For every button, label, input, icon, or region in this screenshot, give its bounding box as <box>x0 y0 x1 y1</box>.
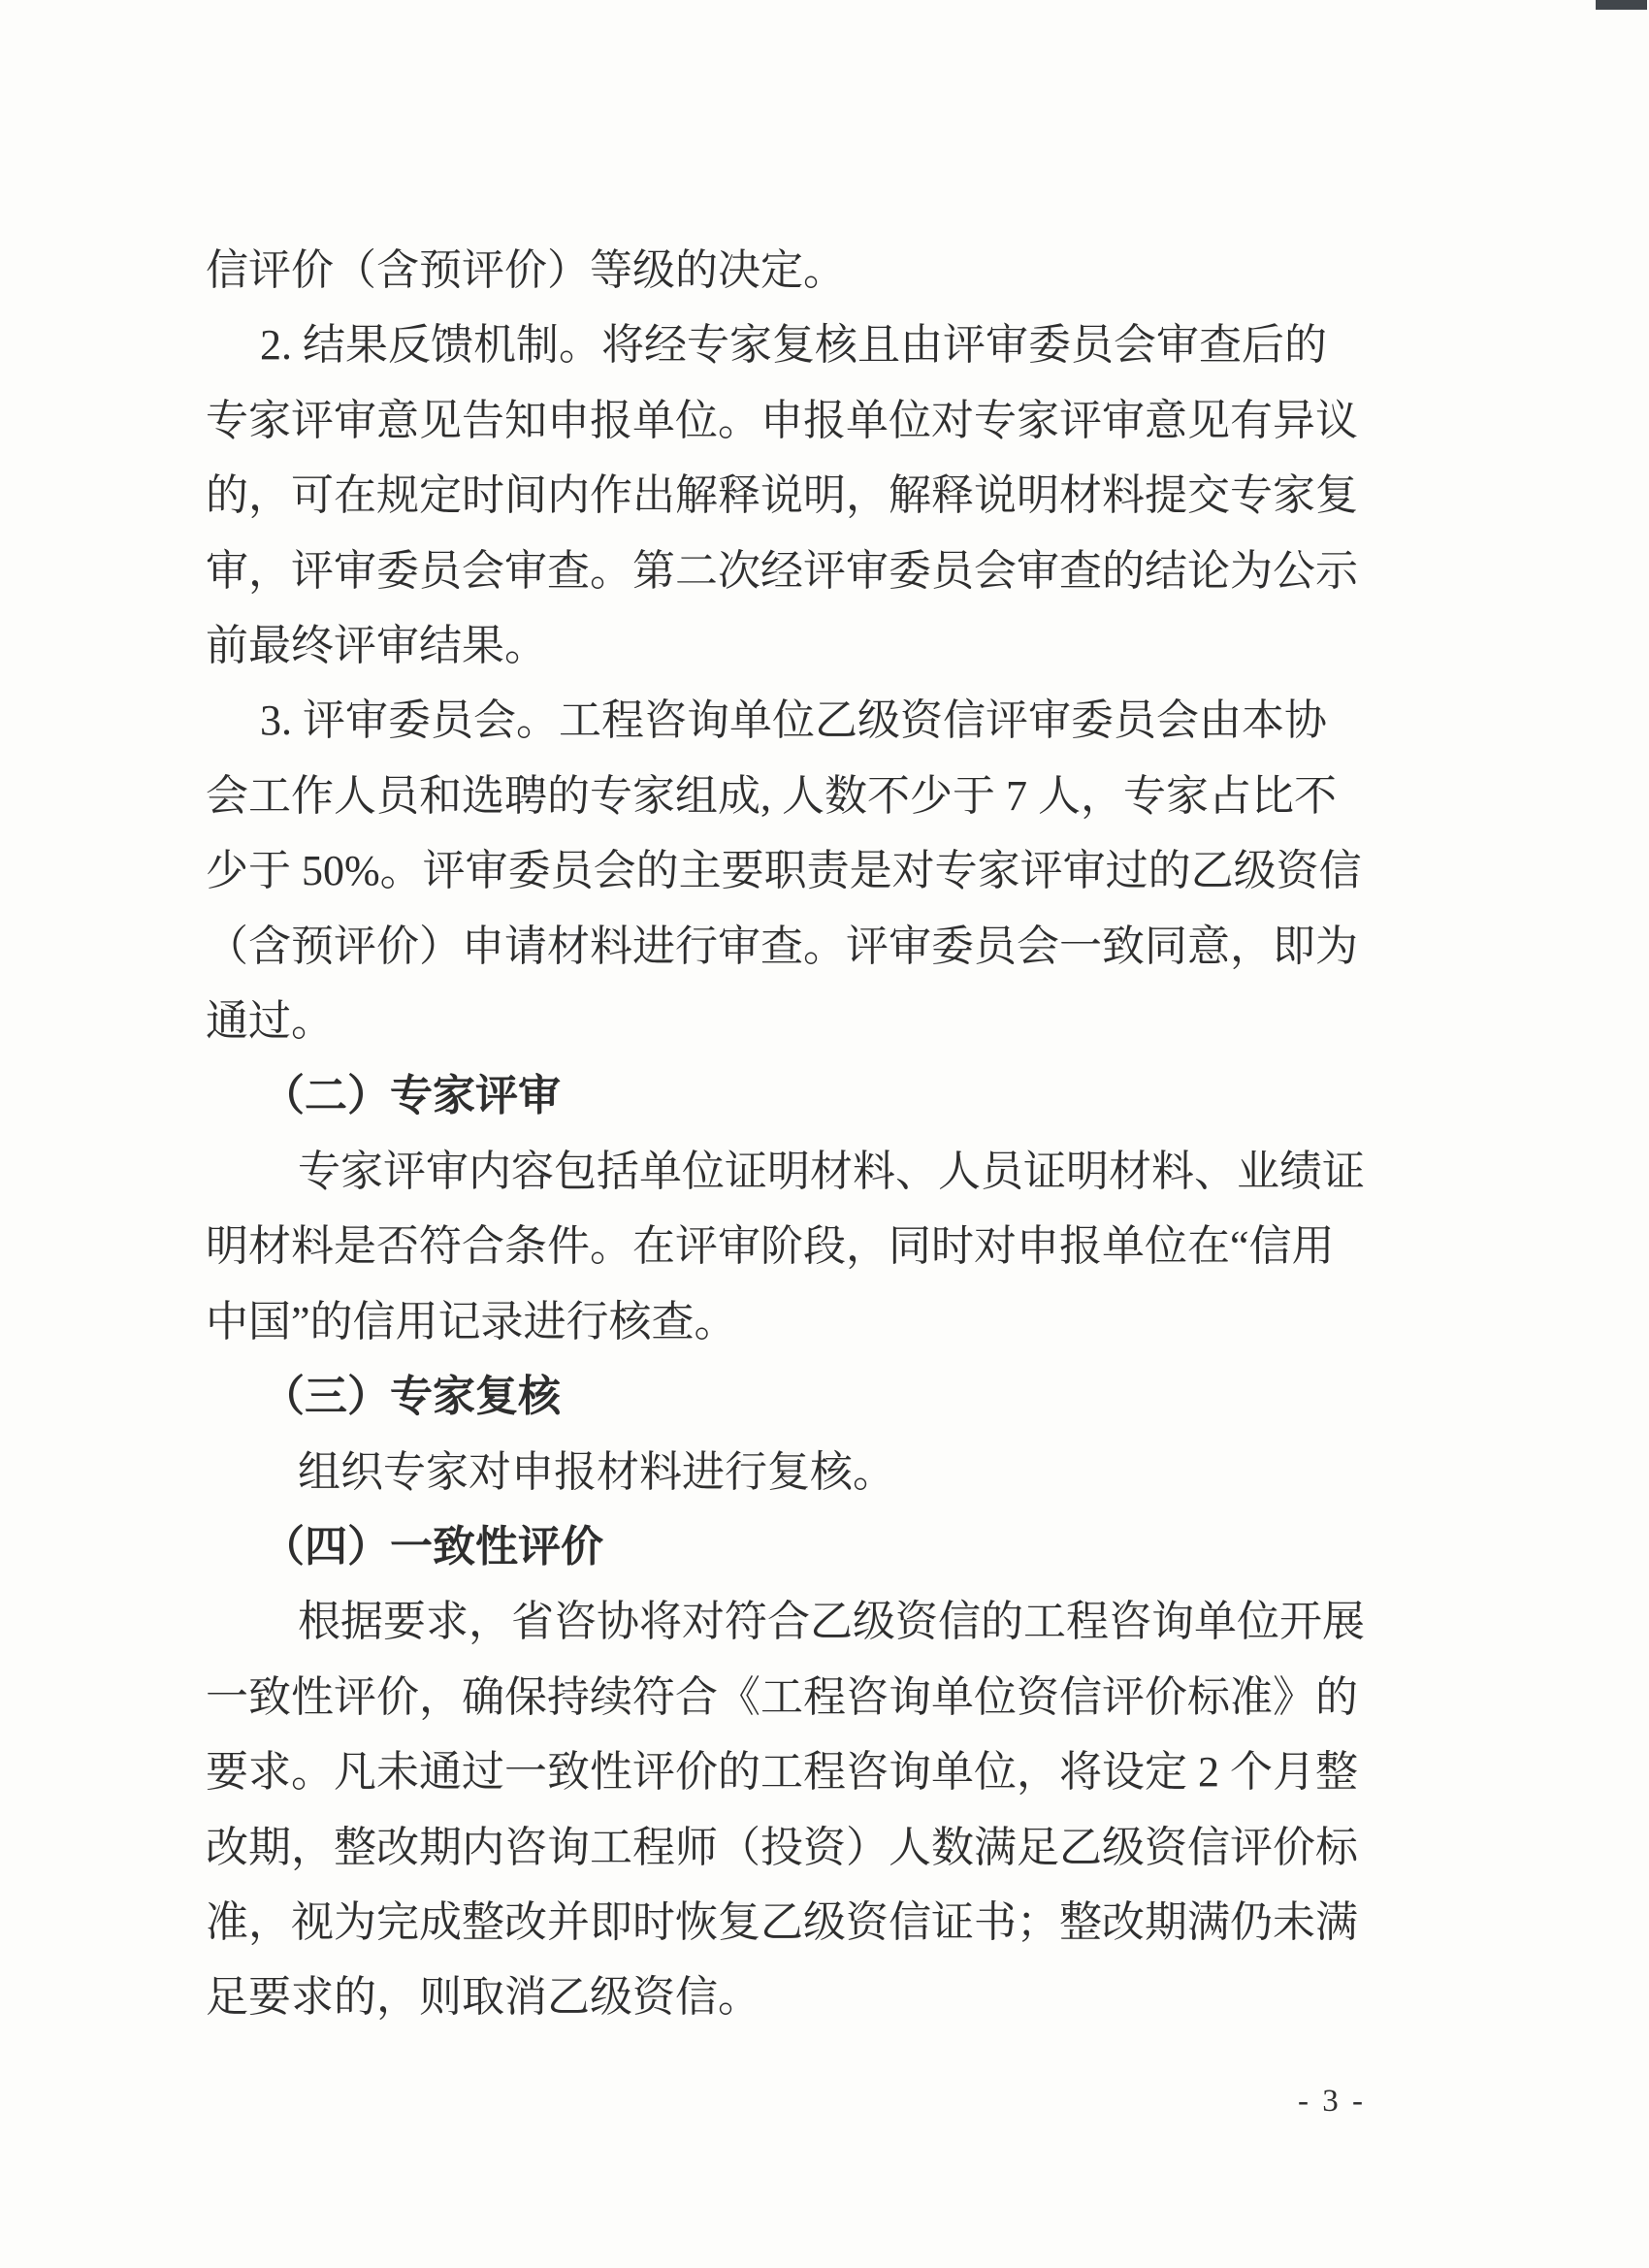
section-heading-3: （三）专家复核 <box>206 1359 1360 1434</box>
scanned-document-page: 信评价（含预评价）等级的决定。 2. 结果反馈机制。将经专家复核且由评审委员会审… <box>0 0 1649 2268</box>
body-line: 准，视为完成整改并即时恢复乙级资信证书；整改期满仍未满 <box>206 1885 1360 1960</box>
document-body: 信评价（含预评价）等级的决定。 2. 结果反馈机制。将经专家复核且由评审委员会审… <box>206 233 1360 2035</box>
body-line: 会工作人员和选聘的专家组成, 人数不少于 7 人，专家占比不 <box>206 759 1360 833</box>
body-line: 一致性评价，确保持续符合《工程咨询单位资信评价标准》的 <box>206 1660 1360 1734</box>
body-line: 信评价（含预评价）等级的决定。 <box>206 233 1360 308</box>
body-line: 审，评审委员会审查。第二次经评审委员会审查的结论为公示 <box>206 534 1360 608</box>
scan-edge-artifact <box>1596 0 1647 10</box>
body-line: 明材料是否符合条件。在评审阶段，同时对申报单位在“信用 <box>206 1209 1360 1283</box>
body-line: 专家评审意见告知申报单位。申报单位对专家评审意见有异议 <box>206 383 1360 458</box>
body-line: 少于 50%。评审委员会的主要职责是对专家评审过的乙级资信 <box>206 833 1360 908</box>
numbered-item-3: 3. 评审委员会。工程咨询单位乙级资信评审委员会由本协 <box>206 683 1360 758</box>
section-heading-2: （二）专家评审 <box>206 1058 1360 1133</box>
body-line: 中国”的信用记录进行核查。 <box>206 1284 1360 1359</box>
body-line: 前最终评审结果。 <box>206 608 1360 683</box>
body-line: 要求。凡未通过一致性评价的工程咨询单位，将设定 2 个月整 <box>206 1734 1360 1809</box>
body-line: 足要求的，则取消乙级资信。 <box>206 1960 1360 2034</box>
body-line: 组织专家对申报材料进行复核。 <box>206 1435 1360 1509</box>
numbered-item-2: 2. 结果反馈机制。将经专家复核且由评审委员会审查后的 <box>206 308 1360 382</box>
body-line: 通过。 <box>206 984 1360 1058</box>
page-number: - 3 - <box>1298 2082 1366 2121</box>
body-line: 根据要求，省咨协将对符合乙级资信的工程咨询单位开展 <box>206 1584 1360 1659</box>
body-line: 的，可在规定时间内作出解释说明，解释说明材料提交专家复 <box>206 458 1360 533</box>
section-heading-4: （四）一致性评价 <box>206 1509 1360 1584</box>
body-line: 专家评审内容包括单位证明材料、人员证明材料、业绩证 <box>206 1134 1360 1209</box>
body-line: 改期，整改期内咨询工程师（投资）人数满足乙级资信评价标 <box>206 1810 1360 1885</box>
body-line: （含预评价）申请材料进行审查。评审委员会一致同意，即为 <box>206 909 1360 984</box>
